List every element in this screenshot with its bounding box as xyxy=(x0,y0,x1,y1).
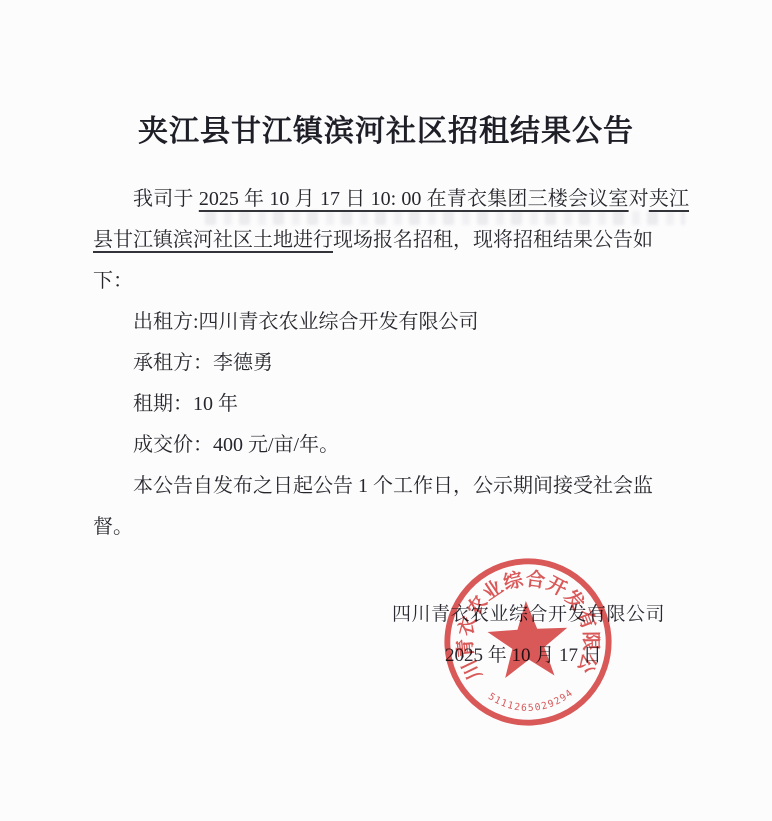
detail-line-term: 租期：10 年 xyxy=(93,384,689,425)
star-icon xyxy=(486,599,570,679)
underlined-segment-datetime-venue: 2025 年 10 月 17 日 10: 00 在青衣集团三楼会议室 xyxy=(199,188,629,210)
intro-line-2: 县甘江镇滨河社区土地进行现场报名招租，现将招租结果公告如下： xyxy=(93,220,689,302)
document-body: 我司于 2025 年 10 月 17 日 10: 00 在青衣集团三楼会议室对夹… xyxy=(93,179,689,548)
intro-line-1: 我司于 2025 年 10 月 17 日 10: 00 在青衣集团三楼会议室对夹… xyxy=(93,179,689,220)
detail-line-price: 成交价：400 元/亩/年。 xyxy=(93,425,689,466)
underlined-segment-location: 县甘江镇滨河社区土地进行 xyxy=(93,229,333,251)
detail-line-lessee: 承租方：李德勇 xyxy=(93,343,689,384)
underlined-segment-location: 夹江 xyxy=(649,188,689,210)
text-segment: 对 xyxy=(629,188,649,210)
announcement-document: 夹江县甘江镇滨河社区招租结果公告 我司于 2025 年 10 月 17 日 10… xyxy=(0,0,772,821)
text-segment: 我司于 xyxy=(133,188,199,210)
page-title: 夹江县甘江镇滨河社区招租结果公告 xyxy=(0,106,772,150)
detail-line-notice: 本公告自发布之日起公告 1 个工作日，公示期间接受社会监督。 xyxy=(93,466,689,548)
company-seal: 四川青衣农业综合开发有限公司 5111265029294 xyxy=(440,554,617,731)
seal-graphic: 四川青衣农业综合开发有限公司 5111265029294 xyxy=(440,554,617,731)
detail-line-lessor: 出租方:四川青衣农业综合开发有限公司 xyxy=(93,302,689,343)
